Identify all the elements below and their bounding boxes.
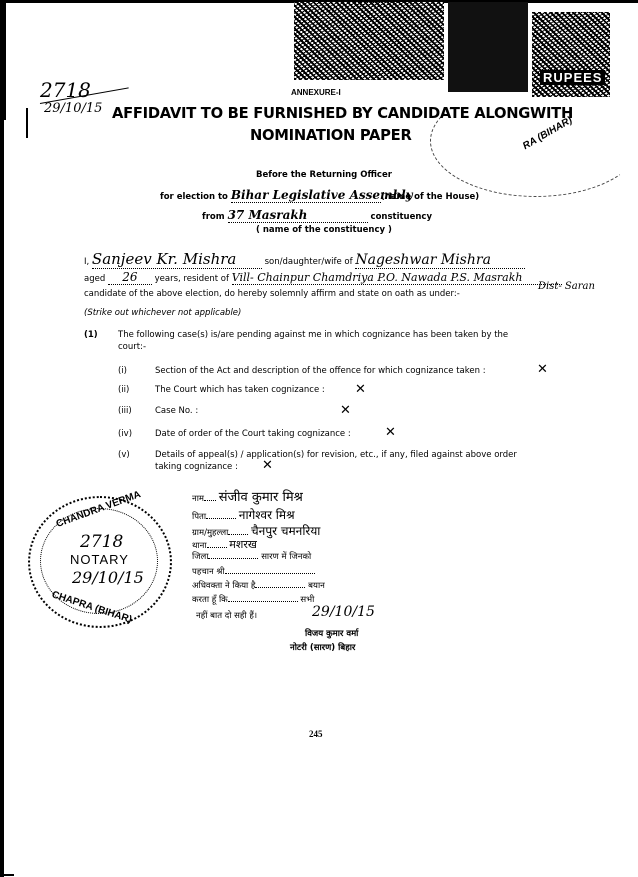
scan-edge-left [0,0,4,877]
election-prefix: for election to [160,192,228,202]
attestation-line-4: थाना मशरख [192,537,257,552]
election-suffix: (name of the House) [381,192,479,202]
attest-value: नागेश्वर मिश्र [239,508,295,522]
affidavit-page: RUPEES ANNEXURE-I RA (BIHAR) 2718 29/10/… [0,0,638,877]
attestation-line-9: नहीं बात दो सही हैं। [196,610,257,621]
declarant-name-line: I, Sanjeev Kr. Mishra son/daughter/wife … [84,250,525,269]
address-field[interactable]: Vill- Chainpur Chamdriya P.O. Nawada P.S… [232,271,562,285]
clause-text-line2: court:- [118,342,146,352]
strike-note: (Strike out whichever not applicable) [84,308,241,318]
notary-seal-date: 29/10/15 [72,568,144,587]
stamp-image-left [294,2,444,80]
item-i-num: (i) [118,366,127,376]
election-field[interactable]: Bihar Legislative Assembly [231,188,381,203]
attest-tail: बयान [308,581,325,591]
item-iv-value: ✕ [385,425,396,440]
attest-label: थाना [192,541,207,551]
item-i-value: ✕ [537,362,548,377]
attest-value: संजीव कुमार मिश्र [219,490,303,505]
document-title-line1: AFFIDAVIT TO BE FURNISHED BY CANDIDATE A… [112,104,573,122]
constituency-line: from 37 Masrakh constituency [202,208,432,223]
notary-seal: CHANDRA VERMA CHAPRA (BIHAR) 2718 NOTARY… [28,496,172,628]
parent-name: Nageshwar Mishra [355,252,491,268]
attestation-line-7: अधिवक्ता ने किया है बयान [192,580,325,591]
receipt-date: 29/10/15 [44,101,102,116]
attest-tail: में जिनको [281,552,311,562]
attest-value: चैनपुर चमनरिया [251,524,320,538]
age-address-line: aged 26 years, resident of Vill- Chainpu… [84,270,562,285]
declarant-name-field[interactable]: Sanjeev Kr. Mishra [92,250,262,269]
constituency-suffix: constituency [371,212,432,222]
attest-label: नाम [192,494,204,504]
attest-label: जिला [192,552,208,562]
attest-label: करता हूँ कि [192,595,228,605]
relation-label: son/daughter/wife of [265,257,353,267]
attestation-line-5: जिला सारण में जिनको [192,551,311,562]
attestation-line-6: पहचान श्री [192,566,315,577]
attest-value: सारण [261,552,279,562]
scan-edge-bottom-corner [0,874,14,876]
annexure-label: ANNEXURE-I [291,88,341,97]
attest-label: अधिवक्ता ने किया है [192,581,255,591]
attest-label: पहचान श्री [192,567,225,577]
item-ii-label: The Court which has taken cognizance : [155,385,325,395]
item-iii-label: Case No. : [155,406,198,416]
oath-text: candidate of the above election, do here… [84,289,460,299]
attest-value: मशरख [229,538,257,551]
stamp-image-middle [448,2,528,92]
item-iii-num: (iii) [118,406,132,416]
constituency-prefix: from [202,212,225,222]
notary-seal-number: 2718 [80,532,123,552]
item-v-value: ✕ [262,458,273,473]
item-v-label2: taking cognizance : [155,462,238,472]
address-value: Vill- Chainpur Chamdriya P.O. Nawada P.S… [232,271,523,284]
item-ii-num: (ii) [118,385,129,395]
attestation-line-2: पिता नागेश्वर मिश्र [192,506,295,523]
item-i-label: Section of the Act and description of th… [155,366,486,376]
declarant-name: Sanjeev Kr. Mishra [92,250,236,268]
attestation-line-1: नाम संजीव कुमार मिश्र [192,487,303,505]
before-returning-officer: Before the Returning Officer [256,170,392,180]
resident-label: years, resident of [155,274,229,284]
stamp-denomination-label: RUPEES [540,70,605,85]
constituency-value: 37 Masrakh [228,208,308,222]
scan-edge-bottom-left [0,785,2,801]
notary-seal-center: NOTARY [70,552,129,567]
item-v-num: (v) [118,450,130,460]
margin-mark [26,108,28,138]
notary-officer-place: नोटरी (सारण) बिहार [290,642,355,653]
clause-text-line1: The following case(s) is/are pending aga… [118,330,508,340]
item-iv-num: (iv) [118,429,132,439]
attestation-line-8: करता हूँ कि सभी [192,594,314,605]
aged-label: aged [84,274,105,284]
district-value: Dist- Saran [538,281,595,292]
constituency-note: ( name of the constituency ) [256,225,392,235]
clause-number: (1) [84,330,98,340]
scan-edge-left-inner [4,0,6,120]
item-v-label: Details of appeal(s) / application(s) fo… [155,450,517,460]
item-iv-label: Date of order of the Court taking cogniz… [155,429,351,439]
document-title-line2: NOMINATION PAPER [250,126,412,144]
stamp-paper-header: RUPEES [290,0,620,100]
item-ii-value: ✕ [355,382,366,397]
attest-label: पिता [192,512,206,522]
page-number: 245 [309,729,323,739]
constituency-field[interactable]: 37 Masrakh [228,208,368,223]
election-line: for election to Bihar Legislative Assemb… [160,188,479,203]
notary-officer-name: विजय कुमार वर्मा [305,628,358,639]
item-iii-value: ✕ [340,403,351,418]
notary-signature-date: 29/10/15 [312,604,375,620]
age-value: 26 [122,270,137,284]
parent-name-field[interactable]: Nageshwar Mishra [355,252,525,269]
declarant-prefix: I, [84,257,89,267]
age-field[interactable]: 26 [108,270,152,285]
